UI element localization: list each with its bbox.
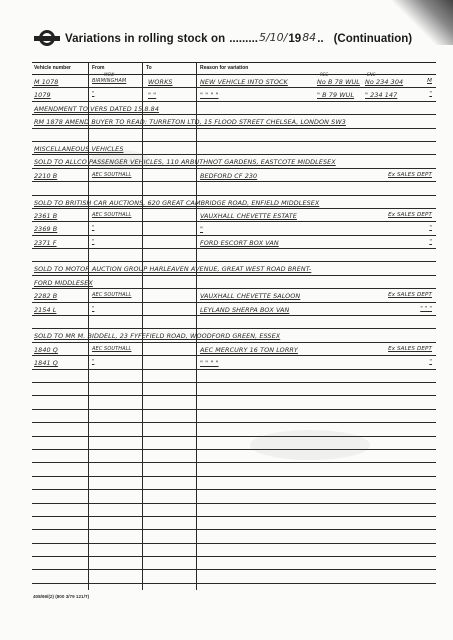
reason-cell: " " " " (200, 359, 219, 367)
vehicle-number-cell: 2210 B (34, 172, 57, 180)
table-row: 1841 Q"" " " "" (32, 356, 436, 369)
col-to: To (146, 65, 152, 71)
column-divider (88, 62, 89, 590)
form-title: Variations in rolling stock on (65, 33, 225, 45)
form-code: 408/69/(2) (800 3/79 121/T) (33, 594, 89, 599)
table-row (32, 316, 436, 329)
col-reason: Reason for variation (200, 65, 248, 71)
full-width-entry: SOLD TO MR M. BIDDELL, 23 FYFEFIELD ROAD… (34, 332, 280, 340)
engine-cell: " 234 147 (365, 91, 397, 99)
table-row: FORD MIDDLESEX (32, 276, 436, 289)
to-cell: " " (148, 91, 156, 99)
reg-annotation: REG (320, 72, 328, 77)
vehicle-number-cell: 2154 L (34, 306, 56, 314)
reason-cell: VAUXHALL CHEVETTE SALOON (200, 292, 300, 300)
remarks-cell: " " " (420, 306, 432, 312)
reason-cell: FORD ESCORT BOX VAN (200, 239, 279, 247)
table-row-blank (32, 450, 436, 463)
table-row: 1079"" "" " " "" B 79 WUL" 234 147" (32, 88, 436, 101)
table-row: SOLD TO MR M. BIDDELL, 23 FYFEFIELD ROAD… (32, 329, 436, 342)
remarks-cell: Ex SALES DEPT (388, 292, 432, 298)
remarks-cell: " (429, 239, 432, 245)
column-divider (196, 62, 197, 590)
table-row-blank (32, 463, 436, 476)
remarks-cell: M (427, 78, 432, 84)
table-row: 1840 QAEC SOUTHALLAEC MERCURY 16 TON LOR… (32, 343, 436, 356)
scan-smudge (250, 430, 370, 460)
london-transport-roundel-icon (34, 30, 60, 48)
full-width-entry: SOLD TO ALLCO PASSENGER VEHICLES, 110 AR… (34, 158, 336, 166)
full-width-entry: RM 1878 AMEND BUYER TO READ: TURRETON LT… (34, 118, 346, 126)
vehicle-number-cell: 1841 Q (34, 359, 58, 367)
remarks-cell: " (429, 359, 432, 365)
table-row-blank (32, 530, 436, 543)
full-width-entry: SOLD TO BRITISH CAR AUCTIONS, 620 GREAT … (34, 199, 319, 207)
reason-cell: " " " " (200, 91, 219, 99)
scan-smudge (90, 150, 150, 170)
from-cell: AEC SOUTHALL (92, 292, 131, 298)
table-row: 2282 BAEC SOUTHALLVAUXHALL CHEVETTE SALO… (32, 289, 436, 302)
vehicle-number-cell: M 1078 (34, 78, 58, 86)
from-cell: AEC SOUTHALL (92, 212, 131, 218)
table-row: MISCELLANEOUS VEHICLES (32, 142, 436, 155)
vehicle-number-cell: 2282 B (34, 292, 57, 300)
reason-cell: VAUXHALL CHEVETTE ESTATE (200, 212, 297, 220)
table-row-blank (32, 410, 436, 423)
table-row-blank (32, 423, 436, 436)
remarks-cell: " (429, 91, 432, 97)
table-row: M 1078MCWBIRMINGHAMWORKSNEW VEHICLE INTO… (32, 75, 436, 88)
table-row: SOLD TO MOTOR AUCTION GROUP HARLEAVEN AV… (32, 262, 436, 275)
date-dots-after: .. (317, 33, 323, 45)
variations-table: Vehicle number From To Reason for variat… (32, 62, 436, 584)
col-from: From (92, 65, 105, 71)
table-row: 2154 L"LEYLAND SHERPA BOX VAN" " " (32, 303, 436, 316)
vehicle-number-cell: 2369 B (34, 225, 57, 233)
table-row (32, 129, 436, 142)
engine-cell: No 234 304 (365, 78, 403, 86)
from-cell: AEC SOUTHALL (92, 172, 131, 178)
handwritten-date: 5/10/ (259, 31, 287, 44)
registration-cell: " B 79 WUL (317, 91, 354, 99)
table-row: SOLD TO BRITISH CAR AUCTIONS, 620 GREAT … (32, 196, 436, 209)
full-width-entry: AMENDMENT TO VERS DATED 15.8.84 (34, 105, 159, 113)
vehicle-number-cell: 2371 F (34, 239, 57, 247)
remarks-cell: Ex SALES DEPT (388, 212, 432, 218)
table-row: 2369 B""" (32, 222, 436, 235)
table-body: M 1078MCWBIRMINGHAMWORKSNEW VEHICLE INTO… (32, 75, 436, 584)
reason-cell: NEW VEHICLE INTO STOCK (200, 78, 288, 86)
reason-cell: AEC MERCURY 16 TON LORRY (200, 346, 298, 354)
col-vehicle-number: Vehicle number (34, 65, 71, 71)
registration-cell: No B 78 WUL (317, 78, 360, 86)
table-row-blank (32, 383, 436, 396)
form-header: Variations in rolling stock on .........… (34, 27, 412, 51)
remarks-cell: " (429, 225, 432, 231)
table-row: 2210 BAEC SOUTHALLBEDFORD CF 230Ex SALES… (32, 169, 436, 182)
reason-cell: " (200, 225, 203, 233)
remarks-cell: Ex SALES DEPT (388, 172, 432, 178)
vehicle-number-cell: 1840 Q (34, 346, 58, 354)
table-row-blank (32, 557, 436, 570)
from-cell: " (92, 91, 94, 97)
from-cell: " (92, 239, 94, 245)
eng-annotation: ENG (367, 72, 376, 77)
table-row: RM 1878 AMEND BUYER TO READ: TURRETON LT… (32, 115, 436, 128)
table-row-blank (32, 544, 436, 557)
reason-cell: LEYLAND SHERPA BOX VAN (200, 306, 289, 314)
table-row-blank (32, 396, 436, 409)
from-cell: " (92, 225, 94, 231)
table-row (32, 249, 436, 262)
table-row (32, 182, 436, 195)
from-cell: AEC SOUTHALL (92, 346, 131, 352)
table-row-blank (32, 370, 436, 383)
full-width-entry: SOLD TO MOTOR AUCTION GROUP HARLEAVEN AV… (34, 265, 311, 273)
from-cell: BIRMINGHAM (92, 78, 126, 84)
from-cell: " (92, 359, 94, 365)
table-row: 2371 F"FORD ESCORT BOX VAN" (32, 236, 436, 249)
vehicle-number-cell: 1079 (34, 91, 51, 99)
to-cell: WORKS (148, 78, 173, 86)
handwritten-year: 84 (302, 31, 316, 44)
continuation-label: (Continuation) (334, 33, 413, 45)
vehicle-number-cell: 2361 B (34, 212, 57, 220)
column-divider (142, 62, 143, 590)
date-dots: ......... (229, 33, 258, 45)
from-cell: " (92, 306, 94, 312)
table-row-blank (32, 570, 436, 583)
table-row-blank (32, 477, 436, 490)
table-row-blank (32, 504, 436, 517)
from-annotation: MCW (104, 72, 114, 77)
remarks-cell: Ex SALES DEPT (388, 346, 432, 352)
year-prefix: 19 (288, 33, 301, 45)
full-width-entry: FORD MIDDLESEX (34, 279, 93, 287)
reason-cell: BEDFORD CF 230 (200, 172, 257, 180)
table-row-blank (32, 437, 436, 450)
table-row-blank (32, 490, 436, 503)
table-row: AMENDMENT TO VERS DATED 15.8.84 (32, 102, 436, 115)
table-row-blank (32, 517, 436, 530)
table-row: 2361 BAEC SOUTHALLVAUXHALL CHEVETTE ESTA… (32, 209, 436, 222)
